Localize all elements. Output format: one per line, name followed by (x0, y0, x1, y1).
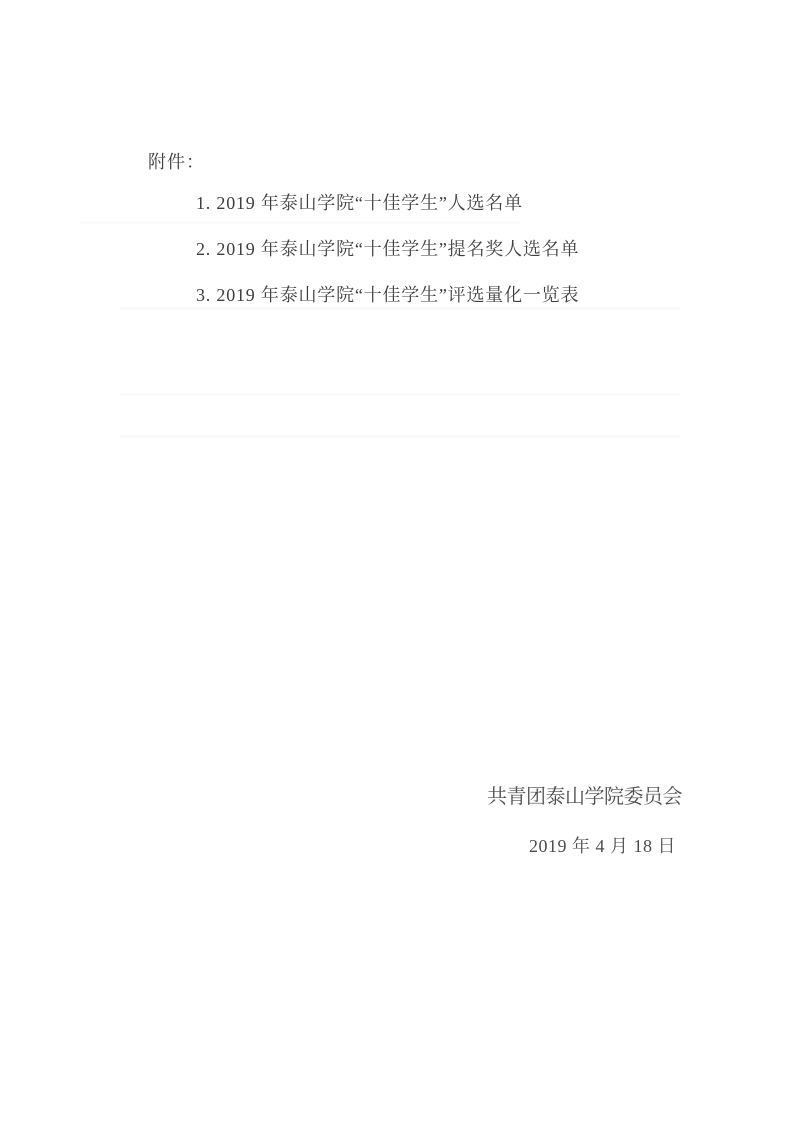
attachment-item-1: 1. 2019 年泰山学院“十佳学生”人选名单 (196, 190, 523, 216)
scan-artifact-line (80, 221, 520, 224)
attachments-label: 附件： (148, 150, 205, 174)
scan-artifact-line (120, 393, 680, 396)
document-page: 附件： 1. 2019 年泰山学院“十佳学生”人选名单 2. 2019 年泰山学… (0, 0, 793, 1122)
signature-date: 2019 年 4 月 18 日 (529, 834, 676, 858)
attachment-item-2: 2. 2019 年泰山学院“十佳学生”提名奖人选名单 (196, 236, 579, 262)
signature-organization: 共青团泰山学院委员会 (487, 785, 682, 809)
attachment-item-3: 3. 2019 年泰山学院“十佳学生”评选量化一览表 (196, 282, 579, 308)
scan-artifact-line (120, 435, 680, 438)
